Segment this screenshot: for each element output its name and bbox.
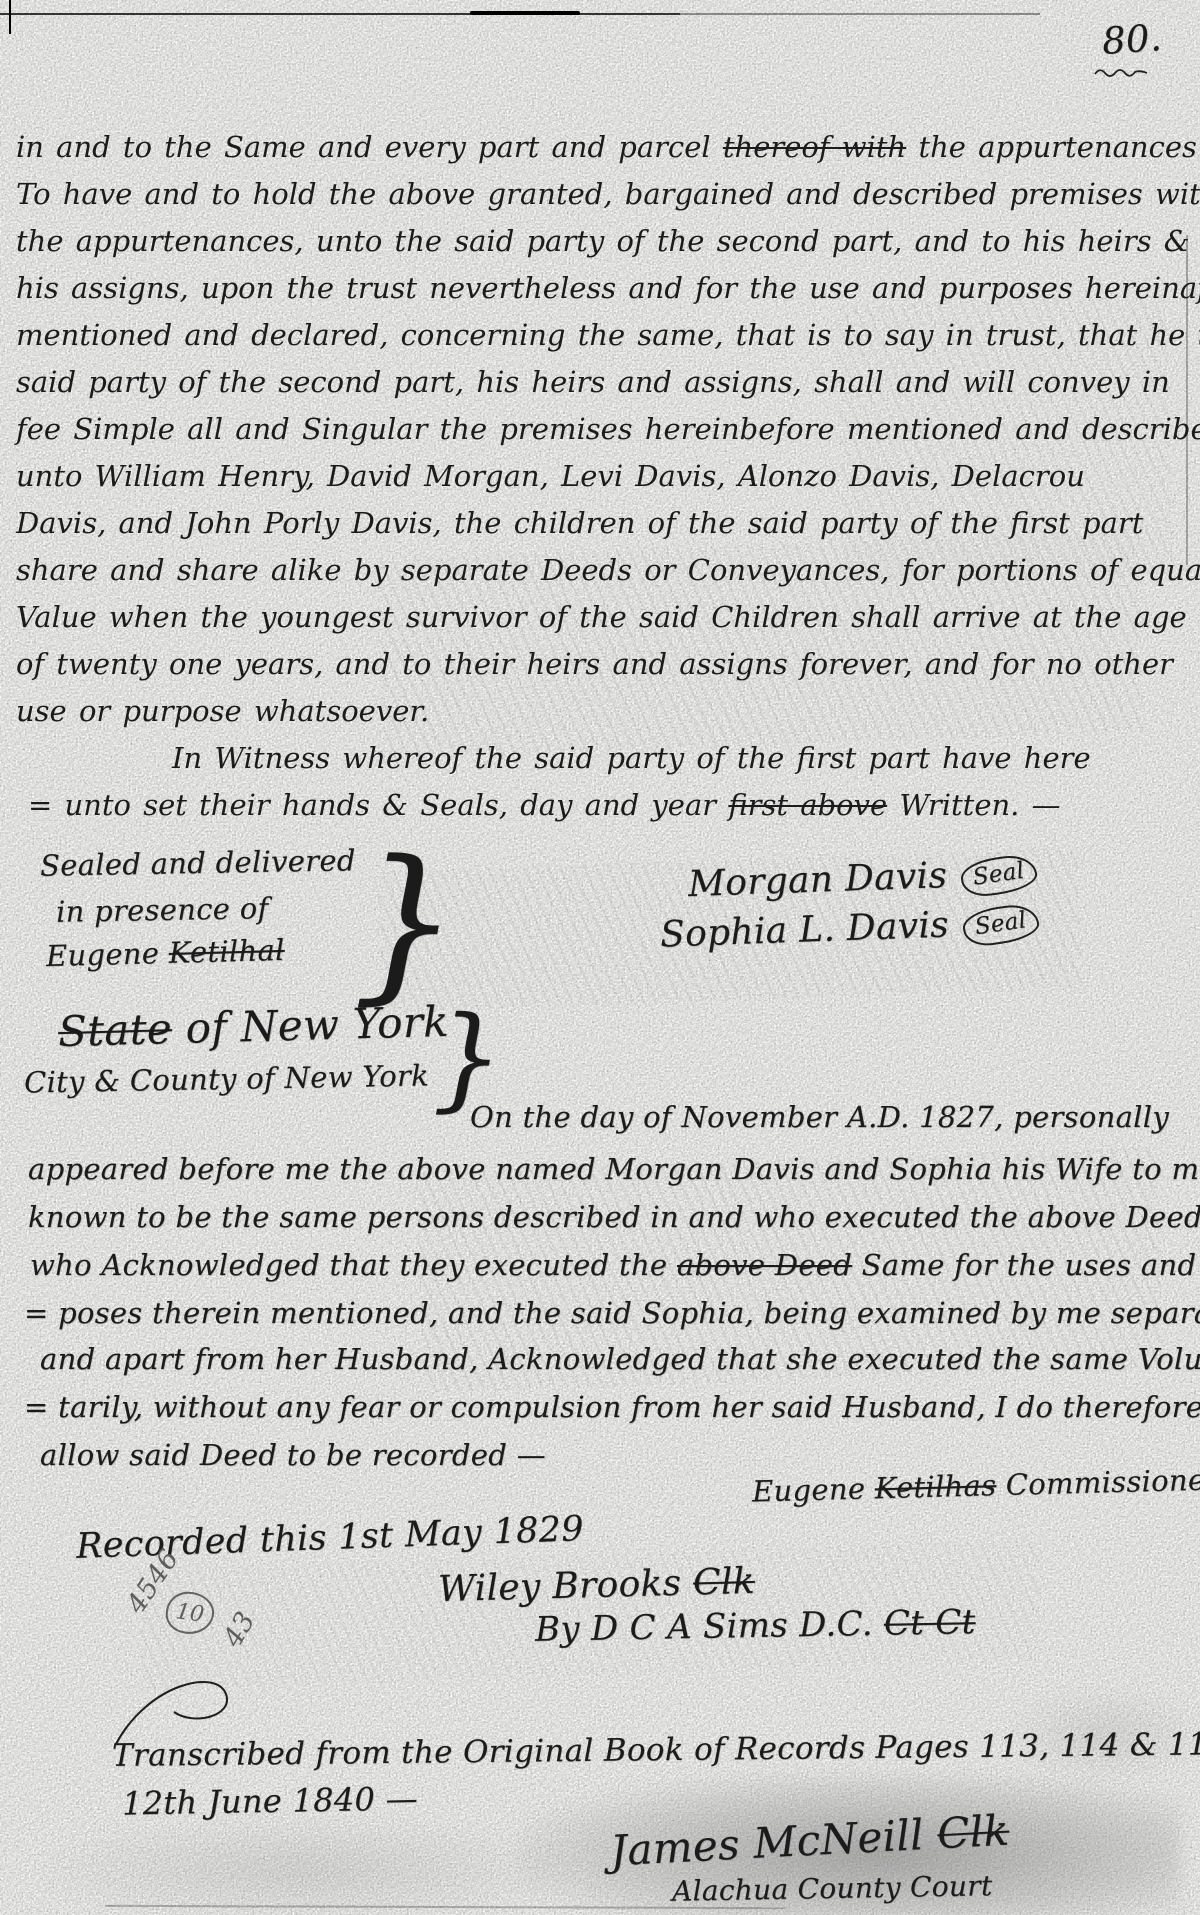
seal-badge: Seal [959, 852, 1039, 899]
struck-words: Clk [693, 1561, 756, 1604]
seal-badge: Seal [961, 902, 1041, 949]
scan-edge-artifact [470, 11, 580, 15]
deed-text-line: mentioned and declared, concerning the s… [16, 312, 1196, 359]
attestation-brace: } [352, 838, 459, 1006]
deed-text-line: To have and to hold the above granted, b… [16, 171, 1196, 218]
scanned-deed-page: 80. in and to the Same and every part an… [0, 0, 1200, 1915]
flourish-mark [1092, 64, 1154, 80]
struck-words: first above [728, 788, 887, 822]
court-name: Alachua County Court [672, 1869, 993, 1908]
attesting-witness-name: Eugene Ketilhal [46, 933, 285, 973]
deed-text-line: use or purpose whatsoever. [16, 688, 1196, 735]
grantor-signature: Morgan DavisSeal [687, 852, 1037, 906]
commissioner-signature: Eugene Ketilhas Commissioner D [752, 1461, 1200, 1508]
acknowledgment-line: and apart from her Husband, Acknowledged… [40, 1342, 1200, 1376]
struck-words: Clk [936, 1806, 1010, 1859]
witness-clause-line: In Witness whereof the said party of the… [16, 735, 1196, 782]
scan-edge-artifact [680, 13, 1040, 15]
county-line: City & County of New York [24, 1058, 430, 1099]
acknowledgment-line: known to be the same persons described i… [28, 1200, 1200, 1234]
transcription-line: Transcribed from the Original Book of Re… [112, 1726, 1200, 1774]
deed-text-line: in and to the Same and every part and pa… [16, 124, 1196, 171]
scan-edge-artifact [9, 0, 11, 34]
deed-text-line: Davis, and John Porly Davis, the childre… [16, 500, 1196, 547]
pencil-circle: 10 [163, 1589, 216, 1637]
struck-words: Ketilhas [874, 1468, 996, 1505]
acknowledgment-line: allow said Deed to be recorded — [40, 1438, 546, 1472]
acknowledgment-line: who Acknowledged that they executed the … [30, 1248, 1200, 1282]
deed-text-line: Value when the youngest survivor of the … [16, 594, 1196, 641]
attestation-line: Sealed and delivered [40, 843, 356, 883]
ink-smudge [40, 1820, 560, 1915]
attestation-line: in presence of [56, 891, 269, 929]
state-heading: State of New York [57, 997, 449, 1056]
county-clerk-signature: James McNeill Clk [609, 1806, 1010, 1876]
margin-number: 43 [217, 1607, 261, 1653]
grantor-name: Morgan Davis [687, 855, 947, 905]
deed-text-line: his assigns, upon the trust nevertheless… [16, 265, 1196, 312]
struck-words: above Deed [677, 1248, 852, 1282]
clerk-signature: Wiley Brooks Clk [438, 1561, 756, 1610]
deed-text-line: share and share alike by separate Deeds … [16, 547, 1196, 594]
transcription-date: 12th June 1840 — [122, 1779, 419, 1822]
grantor-name: Sophia L. Davis [659, 905, 949, 956]
struck-words: Ketilhal [168, 933, 285, 970]
deed-text-line: unto William Henry, David Morgan, Levi D… [16, 453, 1196, 500]
acknowledgment-line: appeared before me the above named Morga… [28, 1152, 1200, 1186]
margin-number: 10 [174, 1599, 205, 1628]
deed-text-line: of twenty one years, and to their heirs … [16, 641, 1196, 688]
deputy-clerk-line: By D C A Sims D.C. Ct Ct [535, 1602, 976, 1650]
deed-body: in and to the Same and every part and pa… [16, 124, 1196, 829]
deed-text-line: said party of the second part, his heirs… [16, 359, 1196, 406]
page-number: 80. [1101, 16, 1164, 63]
acknowledgment-line: = poses therein mentioned, and the said … [24, 1296, 1200, 1330]
scan-edge-artifact [0, 13, 680, 15]
witness-clause-line: = unto set their hands & Seals, day and … [16, 782, 1196, 829]
struck-words: State [57, 1004, 172, 1056]
struck-words: Ct Ct [884, 1602, 976, 1644]
grantor-signature: Sophia L. DavisSeal [659, 901, 1039, 956]
jurisdiction-brace: } [432, 1002, 503, 1114]
struck-words: thereof with [723, 130, 906, 164]
acknowledgment-line: On the day of November A.D. 1827, person… [470, 1100, 1169, 1134]
deed-text-line: fee Simple all and Singular the premises… [16, 406, 1196, 453]
acknowledgment-line: = tarily, without any fear or compulsion… [24, 1390, 1200, 1424]
deed-text-line: the appurtenances, unto the said party o… [16, 218, 1196, 265]
